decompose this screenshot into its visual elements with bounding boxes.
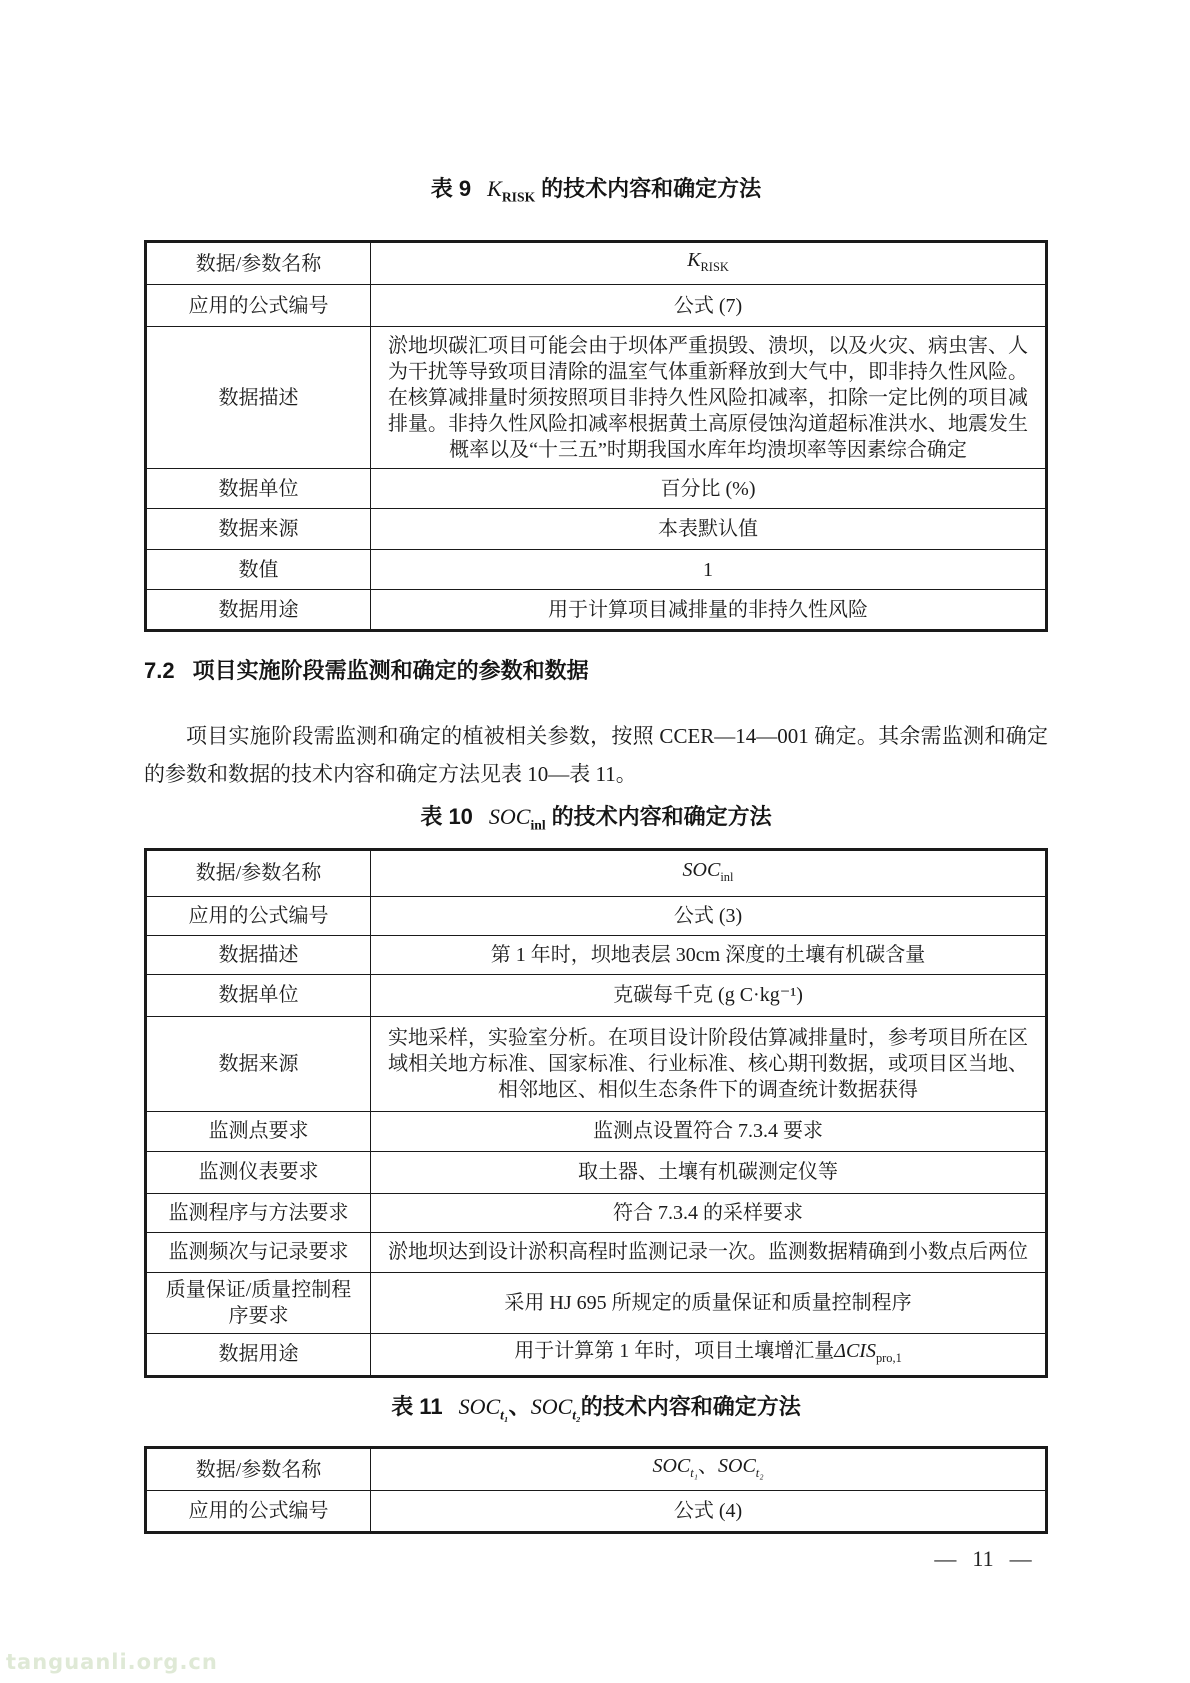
row-label: 监测点要求 [146, 1111, 371, 1151]
table11-caption-param1: SOC [459, 1394, 501, 1419]
row-value: 淤地坝碳汇项目可能会由于坝体严重损毁、溃坝，以及火灾、病虫害、人为干扰等导致项目… [371, 327, 1047, 469]
row-value: 采用 HJ 695 所规定的质量保证和质量控制程序 [371, 1272, 1047, 1333]
table9-caption-param: K [487, 176, 502, 201]
section-number: 7.2 [144, 658, 175, 683]
row-label: 数据/参数名称 [146, 1448, 371, 1491]
row-value: 公式 (7) [371, 285, 1047, 327]
row-value: 克碳每千克 (g C·kg⁻¹) [371, 974, 1047, 1016]
row-value: 用于计算项目减排量的非持久性风险 [371, 590, 1047, 631]
page-number: —11— [908, 1546, 1058, 1572]
row-label: 应用的公式编号 [146, 1491, 371, 1533]
body-paragraph: 项目实施阶段需监测和确定的植被相关参数，按照 CCER—14—001 确定。其余… [144, 717, 1048, 793]
page-number-dash-left: — [934, 1546, 956, 1571]
table-row: 监测频次与记录要求 淤地坝达到设计淤积高程时监测记录一次。监测数据精确到小数点后… [146, 1232, 1047, 1272]
table11-caption-number: 表 11 [391, 1394, 442, 1419]
row-label: 数据单位 [146, 469, 371, 509]
table-row: 数据/参数名称 SOCinl [146, 849, 1047, 896]
table11-caption-suffix: 的技术内容和确定方法 [581, 1394, 801, 1419]
param-sub: t₂ [756, 1466, 764, 1480]
row-label: 数据来源 [146, 509, 371, 550]
section-heading-7-2: 7.2项目实施阶段需监测和确定的参数和数据 [144, 658, 1048, 684]
table9-caption: 表 9KRISK的技术内容和确定方法 [144, 176, 1048, 210]
table10-caption: 表 10SOCinl的技术内容和确定方法 [144, 804, 1048, 838]
row-value: 取土器、土壤有机碳测定仪等 [371, 1151, 1047, 1193]
table-row: 数据描述 淤地坝碳汇项目可能会由于坝体严重损毁、溃坝，以及火灾、病虫害、人为干扰… [146, 327, 1047, 469]
row-value: 1 [371, 550, 1047, 590]
row-label: 数据用途 [146, 590, 371, 631]
table11: 数据/参数名称 SOCt₁、SOCt₂ 应用的公式编号 公式 (4) [144, 1446, 1048, 1534]
row-value: 公式 (4) [371, 1491, 1047, 1533]
table9-caption-number: 表 9 [431, 176, 471, 201]
table-row: 数据来源 实地采样，实验室分析。在项目设计阶段估算减排量时，参考项目所在区域相关… [146, 1016, 1047, 1111]
row-label: 数据/参数名称 [146, 242, 371, 285]
row-label: 监测程序与方法要求 [146, 1193, 371, 1232]
row-label: 应用的公式编号 [146, 285, 371, 327]
table-row: 监测点要求 监测点设置符合 7.3.4 要求 [146, 1111, 1047, 1151]
table10: 数据/参数名称 SOCinl 应用的公式编号 公式 (3) 数据描述 第 1 年… [144, 848, 1048, 1378]
row-value-param: KRISK [371, 242, 1047, 285]
row-value-param: SOCt₁、SOCt₂ [371, 1448, 1047, 1491]
table10-caption-suffix: 的技术内容和确定方法 [552, 804, 772, 829]
table-row: 应用的公式编号 公式 (4) [146, 1491, 1047, 1533]
table11-caption: 表 11SOCt₁、SOCt₂的技术内容和确定方法 [144, 1394, 1048, 1428]
param-main: SOC [652, 1455, 690, 1477]
table9-caption-suffix: 的技术内容和确定方法 [541, 176, 761, 201]
row-value: 本表默认值 [371, 509, 1047, 550]
table-row: 应用的公式编号 公式 (7) [146, 285, 1047, 327]
page-content: 表 9KRISK的技术内容和确定方法 数据/参数名称 KRISK 应用的公式编号… [144, 0, 1048, 1534]
table-row: 数据/参数名称 SOCt₁、SOCt₂ [146, 1448, 1047, 1491]
table9: 数据/参数名称 KRISK 应用的公式编号 公式 (7) 数据描述 淤地坝碳汇项… [144, 240, 1048, 632]
row-label: 数值 [146, 550, 371, 590]
table-row: 数值 1 [146, 550, 1047, 590]
table-row: 数据用途 用于计算项目减排量的非持久性风险 [146, 590, 1047, 631]
row-value: 符合 7.3.4 的采样要求 [371, 1193, 1047, 1232]
table11-caption-param1-sub: t₁ [500, 1407, 509, 1422]
row-label: 质量保证/质量控制程序要求 [146, 1272, 371, 1333]
row-value: 监测点设置符合 7.3.4 要求 [371, 1111, 1047, 1151]
table-row: 数据描述 第 1 年时，坝地表层 30cm 深度的土壤有机碳含量 [146, 935, 1047, 974]
table9-caption-param-sub: RISK [502, 189, 535, 204]
param-main: K [687, 249, 700, 271]
table10-caption-param: SOC [489, 804, 531, 829]
table-row: 数据/参数名称 KRISK [146, 242, 1047, 285]
page-number-dash-right: — [1010, 1546, 1032, 1571]
section-title: 项目实施阶段需监测和确定的参数和数据 [193, 658, 589, 683]
table-row: 监测仪表要求 取土器、土壤有机碳测定仪等 [146, 1151, 1047, 1193]
table-row: 应用的公式编号 公式 (3) [146, 896, 1047, 935]
table-row: 数据单位 百分比 (%) [146, 469, 1047, 509]
param-sub: t₁ [690, 1466, 698, 1480]
table-row: 监测程序与方法要求 符合 7.3.4 的采样要求 [146, 1193, 1047, 1232]
row-label: 监测仪表要求 [146, 1151, 371, 1193]
table-row: 数据单位 克碳每千克 (g C·kg⁻¹) [146, 974, 1047, 1016]
value-prefix: 用于计算第 1 年时，项目土壤增汇量 [514, 1340, 834, 1362]
param-main: ΔCIS [834, 1340, 876, 1362]
table-row: 数据用途 用于计算第 1 年时，项目土壤增汇量ΔCISpro,1 [146, 1333, 1047, 1376]
row-label: 数据来源 [146, 1016, 371, 1111]
row-label: 监测频次与记录要求 [146, 1232, 371, 1272]
table11-caption-param2: SOC [531, 1394, 573, 1419]
row-value: 淤地坝达到设计淤积高程时监测记录一次。监测数据精确到小数点后两位 [371, 1232, 1047, 1272]
row-label: 数据描述 [146, 327, 371, 469]
row-value: 实地采样，实验室分析。在项目设计阶段估算减排量时，参考项目所在区域相关地方标准、… [371, 1016, 1047, 1111]
row-label: 应用的公式编号 [146, 896, 371, 935]
param-main: SOC [683, 859, 721, 881]
table11-caption-param2-sub: t₂ [572, 1407, 581, 1422]
row-value: 公式 (3) [371, 896, 1047, 935]
row-label: 数据单位 [146, 974, 371, 1016]
page-number-value: 11 [972, 1546, 993, 1571]
table10-caption-number: 表 10 [420, 804, 473, 829]
row-value-param: 用于计算第 1 年时，项目土壤增汇量ΔCISpro,1 [371, 1333, 1047, 1376]
row-label: 数据描述 [146, 935, 371, 974]
row-value: 百分比 (%) [371, 469, 1047, 509]
row-value: 第 1 年时，坝地表层 30cm 深度的土壤有机碳含量 [371, 935, 1047, 974]
param-main: SOC [718, 1455, 756, 1477]
table-row: 数据来源 本表默认值 [146, 509, 1047, 550]
document-page: 表 9KRISK的技术内容和确定方法 数据/参数名称 KRISK 应用的公式编号… [0, 0, 1190, 1683]
param-sub: pro,1 [876, 1351, 902, 1365]
param-sub: RISK [701, 260, 729, 274]
param-sub: inl [720, 870, 733, 884]
watermark: tanguanli.org.cn [6, 1650, 218, 1674]
row-label: 数据用途 [146, 1333, 371, 1376]
table10-caption-param-sub: inl [530, 818, 545, 833]
row-value-param: SOCinl [371, 849, 1047, 896]
table-row: 质量保证/质量控制程序要求 采用 HJ 695 所规定的质量保证和质量控制程序 [146, 1272, 1047, 1333]
caption-separator: 、 [509, 1394, 531, 1419]
row-label: 数据/参数名称 [146, 849, 371, 896]
param-separator: 、 [698, 1455, 718, 1477]
